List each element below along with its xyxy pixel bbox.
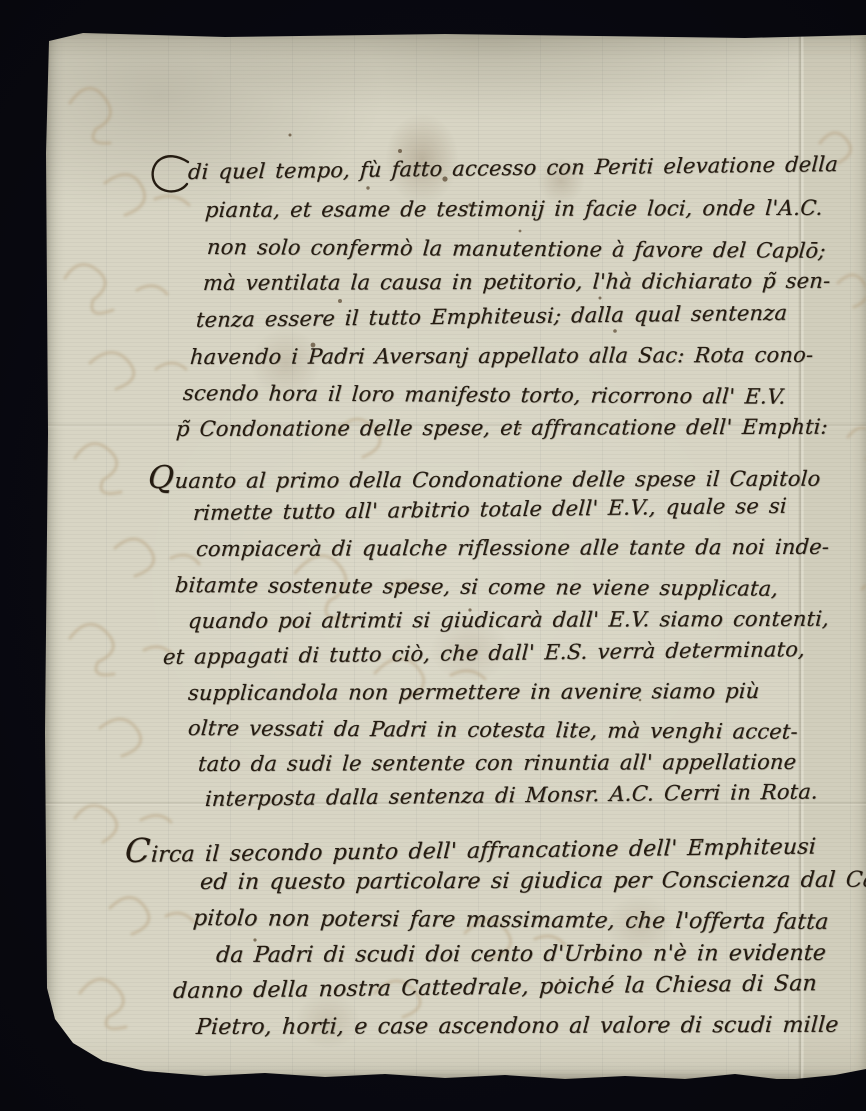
manuscript-line: oltre vessati da Padri in cotesta lite, … [187, 716, 799, 745]
paragraph-flourish [146, 152, 192, 196]
manuscript-line: mà ventilata la causa in petitorio, l'hà… [202, 269, 831, 296]
manuscript-line: tato da sudi le sentente con rinuntia al… [197, 750, 797, 777]
manuscript-line: pitolo non potersi fare massimamte, che … [192, 906, 830, 936]
manuscript-photo: di quel tempo, fù fatto accesso con Peri… [0, 0, 866, 1111]
manuscript-line: supplicandola non permettere in avenire … [187, 679, 760, 706]
manuscript-line: Pietro, horti, e case ascendono al valor… [195, 1013, 839, 1042]
manuscript-line: Quanto al primo della Condonatione delle… [147, 458, 822, 498]
manuscript-line: scendo hora il loro manifesto torto, ric… [182, 381, 787, 410]
manuscript-line: compiacerà di qualche riflessione alle t… [195, 535, 830, 562]
manuscript-line: havendo i Padri Aversanj appellato alla … [189, 343, 814, 370]
manuscript-line: non solo confermò la manutentione à favo… [206, 235, 827, 264]
manuscript-line: Circa il secondo punto dell' affrancatio… [124, 823, 818, 871]
manuscript-line: p̃ Condonatione delle spese, et affranca… [175, 415, 829, 442]
manuscript-line: da Padri di scudi doi cento d'Urbino n'è… [215, 941, 827, 970]
manuscript-line: ed in questo particolare si giudica per … [199, 868, 866, 897]
manuscript-line: bitamte sostenute spese, si come ne vien… [174, 573, 779, 602]
manuscript-line: pianta, et esame de testimonij in facie … [204, 196, 823, 223]
manuscript-line: quando poi altrimti si giudicarà dall' E… [187, 607, 830, 634]
